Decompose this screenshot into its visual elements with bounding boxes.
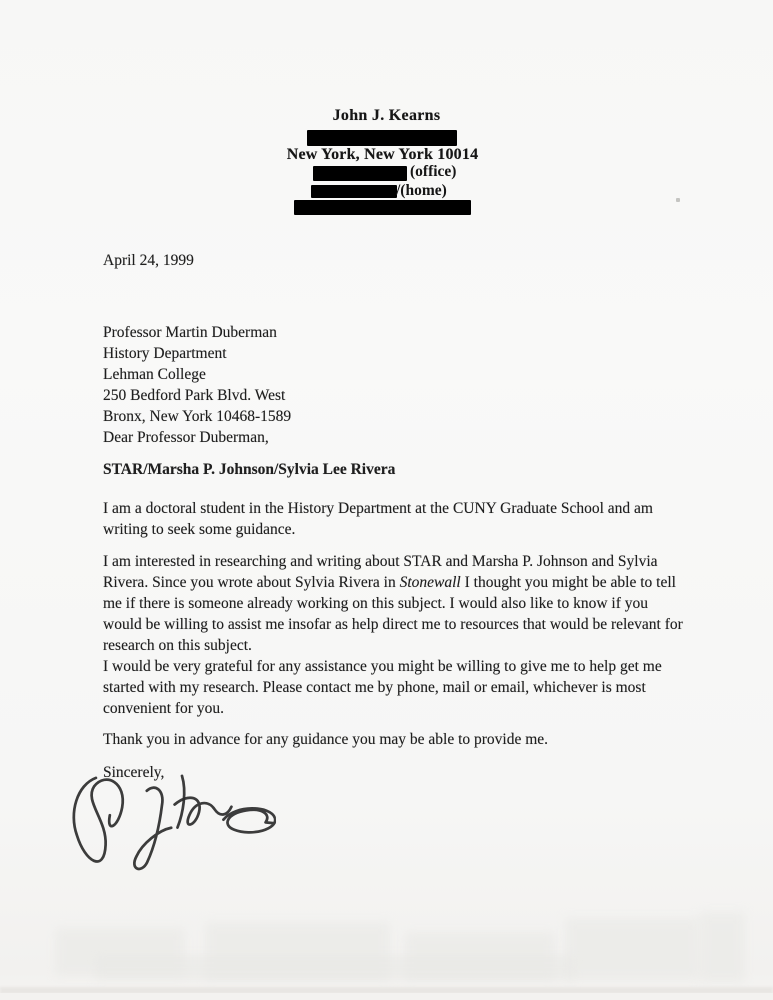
paragraph-3: I would be very grateful for any assista… <box>103 656 683 719</box>
redaction-bar-street <box>307 130 457 146</box>
paragraph-2: I am interested in researching and writi… <box>103 551 683 656</box>
letter-date: April 24, 1999 <box>103 250 683 271</box>
bleedthrough-ghost <box>95 955 575 980</box>
bleedthrough-ghost <box>700 912 745 982</box>
handwritten-signature <box>64 762 278 881</box>
recipient-line: Lehman College <box>103 364 683 385</box>
redaction-bar-home-phone <box>311 185 397 198</box>
redaction-bar-office-phone <box>313 166 407 181</box>
letterhead-home-label: /(home) <box>396 182 447 200</box>
paragraph-4: Thank you in advance for any guidance yo… <box>103 729 683 750</box>
recipient-line: History Department <box>103 343 683 364</box>
scan-bottom-margin <box>0 993 773 1000</box>
redaction-bar-email <box>294 200 471 215</box>
scan-speck <box>676 198 680 202</box>
paragraph-1: I am a doctoral student in the History D… <box>103 498 683 540</box>
letterhead-name: John J. Kearns <box>0 107 773 125</box>
recipient-line: Professor Martin Duberman <box>103 322 683 343</box>
letterhead-office-label: (office) <box>410 163 456 181</box>
subject-line: STAR/Marsha P. Johnson/Sylvia Lee Rivera <box>103 459 683 480</box>
recipient-line: 250 Bedford Park Blvd. West <box>103 385 683 406</box>
salutation: Dear Professor Duberman, <box>103 427 683 448</box>
book-title-italic: Stonewall <box>400 574 461 591</box>
scanned-letter-page: John J. Kearns New York, New York 10014 … <box>0 0 773 1000</box>
recipient-line: Bronx, New York 10468-1589 <box>103 406 683 427</box>
bleedthrough-ghost <box>565 918 700 980</box>
recipient-address: Professor Martin Duberman History Depart… <box>103 322 683 427</box>
letterhead-city: New York, New York 10014 <box>0 146 769 164</box>
